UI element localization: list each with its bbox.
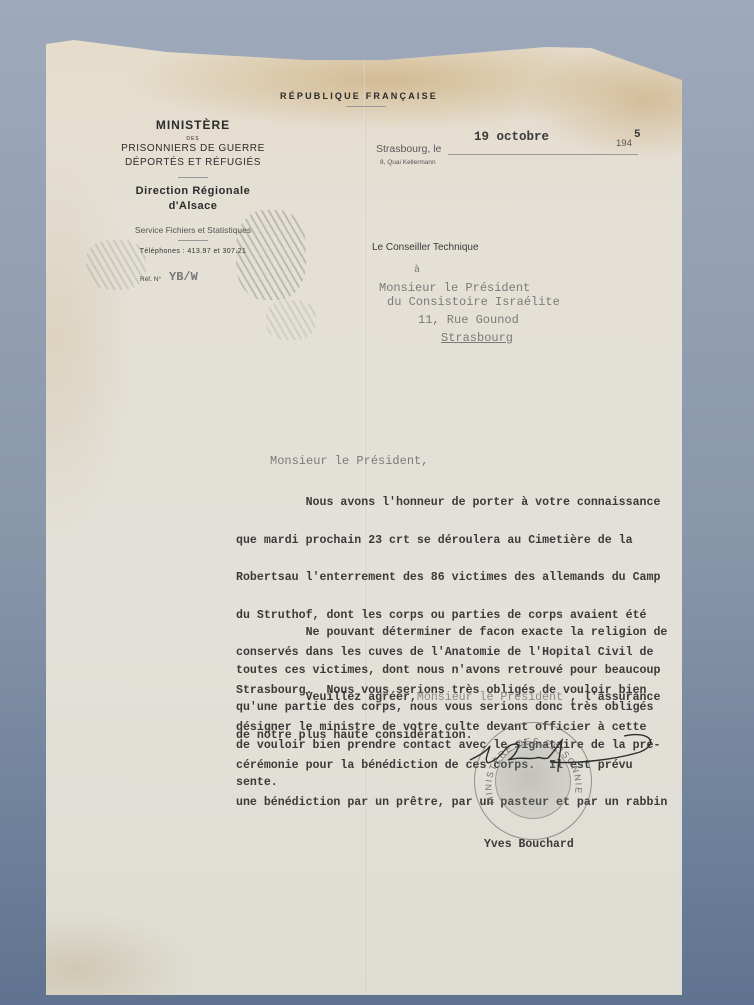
recipient-line3: 11, Rue Gounod [418,313,519,327]
sender-title: Le Conseiller Technique [372,242,479,253]
divider [178,240,208,241]
ministry-title: MINISTÈRE [88,118,298,132]
ministry-line1: PRISONNIERS DE GUERRE [88,143,298,154]
direction-title: Direction Régionale [88,185,298,197]
year-digit: 5 [634,129,641,141]
telephones: Téléphones : 413.97 et 307.21 [88,248,298,255]
body-line: Ne pouvant déterminer de facon exacte la… [236,627,667,640]
divider [346,106,386,107]
office-address: 8, Quai Kellermann [380,159,436,166]
signer-name: Yves Bouchard [484,838,574,851]
salutation: Monsieur le Président, [270,454,428,468]
city-label: Strasbourg, le [376,143,441,155]
body-line: Robertsau l'enterrement des 86 victimes … [236,572,667,585]
ink-smudge [236,210,306,300]
recipient-prefix: à [414,264,420,278]
reference-value: YB/W [169,270,198,284]
signature [464,730,664,790]
recipient-line1: Monsieur le Président [379,281,530,295]
date-typed: 19 octobre [474,130,549,144]
body-line: Nous avons l'honneur de porter à votre c… [236,497,667,510]
service-name: Service Fichiers et Statistiques [88,225,298,235]
closing-end: , l'assurance [563,691,660,704]
letter-paper: RÉPUBLIQUE FRANÇAISE MINISTÈRE DES PRISO… [46,40,682,995]
body-line: que mardi prochain 23 crt se déroulera a… [236,535,667,548]
recipient-line2: du Consistoire Israélite [387,295,560,309]
ministry-line2: DÉPORTÉS ET RÉFUGIÉS [88,157,298,168]
date-underline [448,154,638,155]
closing-start: Veuillez agréer, [236,691,417,704]
divider [178,177,208,178]
recipient-city: Strasbourg [441,331,513,345]
closing-insert: Monsieur le Président [417,691,563,704]
reference-label: Réf. N° [140,276,161,283]
region-title: d'Alsace [88,200,298,212]
ministry-des: DES [88,136,298,142]
ink-smudge [266,300,316,340]
closing-line: Veuillez agréer,Monsieur le Président , … [236,692,660,705]
year-prefix: 194 [616,138,632,149]
republique-header: RÉPUBLIQUE FRANÇAISE [280,91,438,101]
